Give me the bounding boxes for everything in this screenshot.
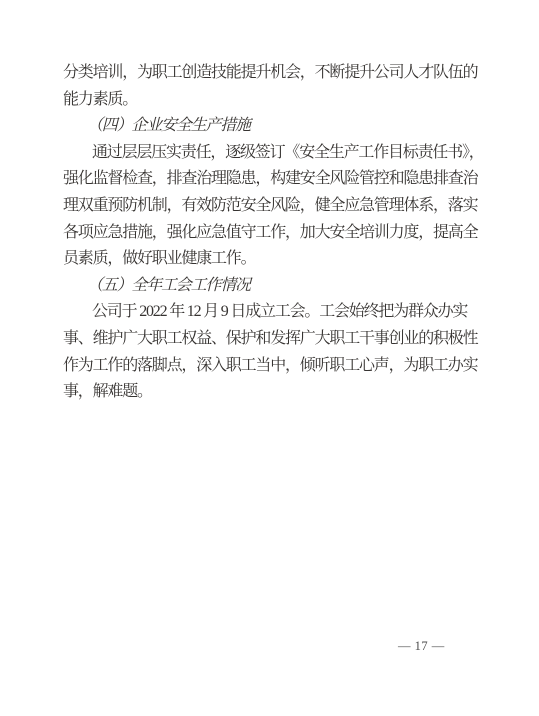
section-heading-4: （四）企业安全生产措施	[63, 113, 481, 140]
page-number: — 17 —	[398, 639, 458, 654]
body-text-line: 通过层层压实责任，逐级签订《安全生产工作目标责任书》，	[63, 140, 481, 167]
body-text-line: 公司于 2022 年 12 月 9 日成立工会。工会始终把为群众办实	[63, 299, 481, 326]
document-page: 分类培训，为职工创造技能提升机会，不断提升公司人才队伍的 能力素质。 （四）企业…	[0, 0, 539, 716]
body-text-line: 作为工作的落脚点，深入职工当中，倾听职工心声，为职工办实	[63, 353, 481, 380]
body-text-line: 理双重预防机制，有效防范安全风险，健全应急管理体系，落实	[63, 193, 481, 220]
body-text-line: 能力素质。	[63, 87, 481, 114]
body-text-line: 事、维护广大职工权益、保护和发挥广大职工干事创业的积极性	[63, 326, 481, 353]
section-heading-5: （五）全年工会工作情况	[63, 273, 481, 300]
body-text-line: 事，解难题。	[63, 379, 481, 406]
body-text-line: 分类培训，为职工创造技能提升机会，不断提升公司人才队伍的	[63, 60, 481, 87]
body-text-line: 员素质，做好职业健康工作。	[63, 246, 481, 273]
body-text-line: 各项应急措施，强化应急值守工作，加大安全培训力度，提高全	[63, 220, 481, 247]
body-text-line: 强化监督检查，排查治理隐患，构建安全风险管控和隐患排查治	[63, 166, 481, 193]
document-body: 分类培训，为职工创造技能提升机会，不断提升公司人才队伍的 能力素质。 （四）企业…	[63, 60, 481, 406]
